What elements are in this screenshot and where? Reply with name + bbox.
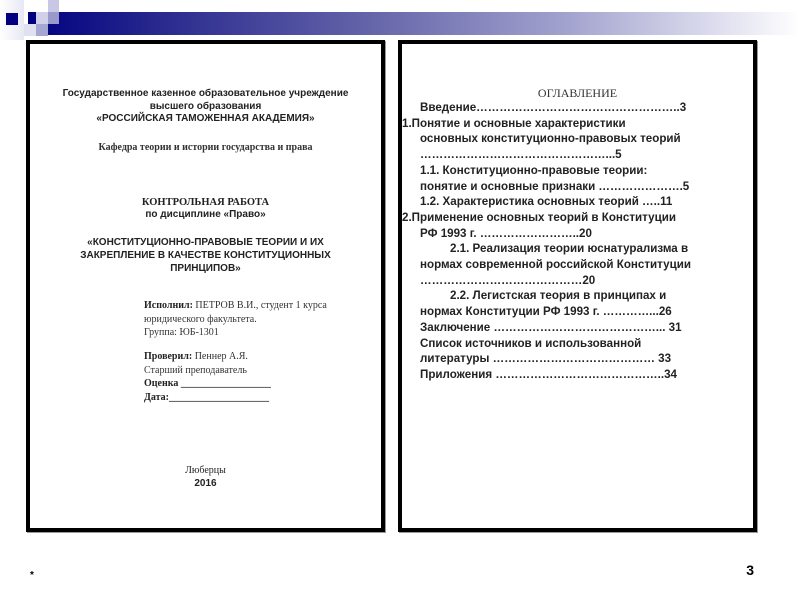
header-gradient-bar — [28, 12, 800, 35]
toc-entry: основных конституционно-правовых теорий — [402, 131, 753, 147]
topic-line: «КОНСТИТУЦИОННО-ПРАВОВЫЕ ТЕОРИИ И ИХ — [44, 236, 367, 249]
toc-entry: 2.Применение основных теорий в Конституц… — [402, 210, 753, 226]
toc-entry: нормах современной российской Конституци… — [402, 257, 753, 273]
date-label: Дата:____________________ — [144, 392, 269, 403]
institution-line1: Государственное казенное образовательное… — [30, 88, 381, 101]
toc-entry: РФ 1993 г. ……………………..20 — [402, 226, 753, 242]
topic-line: ЗАКРЕПЛЕНИЕ В КАЧЕСТВЕ КОНСТИТУЦИОННЫХ — [44, 249, 367, 262]
decor-square-icon — [6, 13, 18, 25]
page-number: 3 — [484, 562, 754, 578]
footer-mark: * — [30, 570, 34, 581]
decor-square-icon — [36, 12, 48, 24]
toc-list: Введение……………………………………………..31.Понятие и … — [402, 100, 753, 383]
toc-entry: ……………………………………20 — [402, 273, 753, 289]
decor-square-icon — [24, 24, 36, 36]
department: Кафедра теории и истории государства и п… — [30, 142, 381, 153]
checker-label: Проверил: — [144, 351, 192, 362]
toc-entry: 1.Понятие и основные характеристики — [402, 116, 753, 132]
executor-value: ПЕТРОВ В.И., студент 1 курса — [193, 300, 327, 311]
decor-square-icon — [48, 12, 59, 24]
grade-label: Оценка __________________ — [144, 378, 271, 389]
checker-block: Проверил: Пеннер А.Я. Старший преподават… — [144, 350, 271, 404]
executor-group: Группа: ЮБ-1301 — [144, 326, 327, 340]
institution-name: «РОССИЙСКАЯ ТАМОЖЕННАЯ АКАДЕМИЯ» — [30, 113, 381, 126]
toc-entry: нормах Конституции РФ 1993 г. …………...26 — [402, 304, 753, 320]
executor-label: Исполнил: — [144, 300, 193, 311]
toc-entry: 2.1. Реализация теории юснатурализма в — [402, 241, 753, 257]
toc-entry: …………………………………………...5 — [402, 147, 753, 163]
decor-square-icon — [48, 0, 59, 12]
toc-entry: 1.1. Конституционно-правовые теории: — [402, 163, 753, 179]
checker-value: Пеннер А.Я. — [192, 351, 248, 362]
institution-block: Государственное казенное образовательное… — [30, 88, 381, 126]
toc-entry: литературы …………………………………… 33 — [402, 351, 753, 367]
executor-block: Исполнил: ПЕТРОВ В.И., студент 1 курса ю… — [144, 299, 327, 340]
discipline: по дисциплине «Право» — [30, 209, 381, 220]
institution-line2: высшего образования — [30, 101, 381, 114]
city: Люберцы — [30, 465, 381, 476]
toc-entry: понятие и основные признаки ………………….5 — [402, 179, 753, 195]
decor-square-icon — [36, 24, 48, 36]
checker-position: Старший преподаватель — [144, 364, 271, 378]
toc-entry: Приложения ……………………………………..34 — [402, 367, 753, 383]
toc-frame: ОГЛАВЛЕНИЕ Введение……………………………………………..31… — [398, 40, 757, 532]
topic-line: ПРИНЦИПОВ» — [44, 262, 367, 275]
title-page-frame: Государственное казенное образовательное… — [26, 40, 385, 532]
toc-title: ОГЛАВЛЕНИЕ — [402, 86, 753, 101]
year: 2016 — [30, 478, 381, 489]
toc-entry: Заключение ……………………………………... 31 — [402, 320, 753, 336]
work-topic: «КОНСТИТУЦИОННО-ПРАВОВЫЕ ТЕОРИИ И ИХ ЗАК… — [44, 236, 367, 275]
executor-faculty: юридического факультета. — [144, 313, 327, 327]
toc-entry: Список источников и использованной — [402, 336, 753, 352]
toc-entry: 1.2. Характеристика основных теорий …..1… — [402, 194, 753, 210]
toc-entry: 2.2. Легистская теория в принципах и — [402, 288, 753, 304]
work-type: КОНТРОЛЬНАЯ РАБОТА — [30, 196, 381, 209]
toc-entry: Введение……………………………………………..3 — [402, 100, 753, 116]
